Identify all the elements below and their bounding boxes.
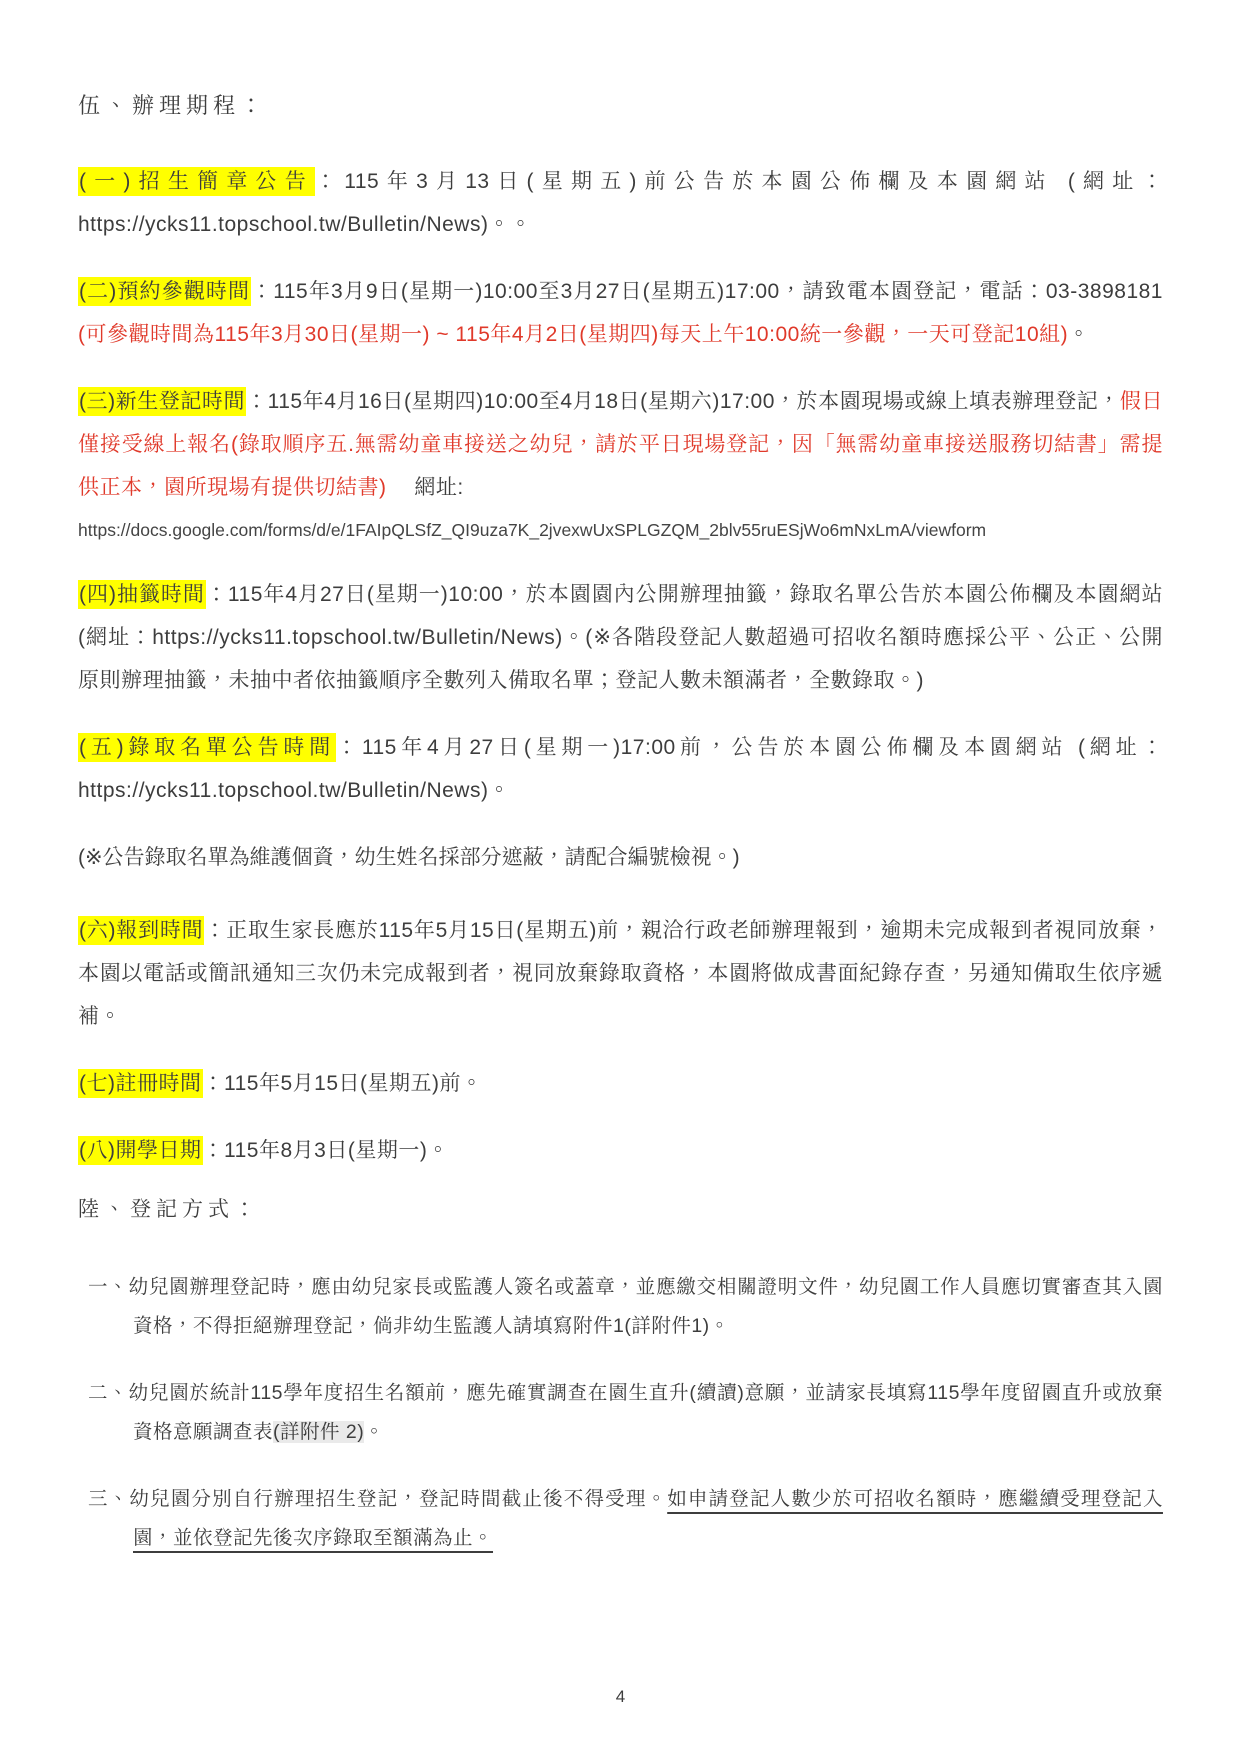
para-school-start-date: (八)開學日期：115年8月3日(星期一)。 <box>78 1129 1163 1172</box>
para-enrollment-time: (七)註冊時間：115年5月15日(星期五)前。 <box>78 1062 1163 1105</box>
google-form-url: https://docs.google.com/forms/d/e/1FAIpQ… <box>78 513 1163 547</box>
list-text: 幼兒園辦理登記時，應由幼兒家長或監護人簽名或蓋章，並應繳交相關證明文件，幼兒園工… <box>129 1276 1163 1337</box>
list-number: 二、 <box>88 1382 129 1404</box>
heading-registration-method: 陸、登記方式： <box>78 1196 1163 1224</box>
list-number: 三、 <box>88 1488 129 1510</box>
para-lottery-time: (四)抽籤時間：115年4月27日(星期一)10:00，於本園園內公開辦理抽籤，… <box>78 573 1163 702</box>
highlight-label-check-in: (六)報到時間 <box>78 916 204 945</box>
attachment-2-reference: (詳附件 2) <box>273 1421 364 1443</box>
para-text-red: (可參觀時間為115年3月30日(星期一) ~ 115年4月2日(星期四)每天上… <box>78 323 1068 346</box>
list-text: 幼兒園分別自行辦理招生登記，登記時間截止後不得受理。 <box>129 1488 667 1510</box>
para-text: ：115年3月9日(星期一)10:00至3月27日(星期五)17:00，請致電本… <box>251 280 1163 303</box>
list-item-3: 三、幼兒園分別自行辦理招生登記，登記時間截止後不得受理。如申請登記人數少於可招收… <box>88 1480 1163 1558</box>
para-text: ：115年5月15日(星期五)前。 <box>203 1072 483 1095</box>
highlight-label-school-start: (八)開學日期 <box>78 1136 203 1165</box>
highlight-label-registration: (三)新生登記時間 <box>78 387 246 416</box>
para-text: ：115年8月3日(星期一)。 <box>203 1139 449 1162</box>
list-item-1: 一、幼兒園辦理登記時，應由幼兒家長或監護人簽名或蓋章，並應繳交相關證明文件，幼兒… <box>88 1268 1163 1346</box>
highlight-label-enrollment: (七)註冊時間 <box>78 1069 203 1098</box>
page-number: 4 <box>0 1687 1241 1707</box>
para-check-in-time: (六)報到時間：正取生家長應於115年5月15日(星期五)前，親洽行政老師辦理報… <box>78 909 1163 1038</box>
para-registration-time: (三)新生登記時間：115年4月16日(星期四)10:00至4月18日(星期六)… <box>78 380 1163 509</box>
list-number: 一、 <box>88 1276 129 1298</box>
highlight-label-lottery: (四)抽籤時間 <box>78 580 206 609</box>
para-visit-reservation: (二)預約參觀時間：115年3月9日(星期一)10:00至3月27日(星期五)1… <box>78 270 1163 356</box>
para-text: 網址: <box>387 476 464 499</box>
para-admission-brochure: (一)招生簡章公告：115年3月13日(星期五)前公告於本園公佈欄及本園網站 (… <box>78 160 1163 246</box>
highlight-label-visit: (二)預約參觀時間 <box>78 277 251 306</box>
heading-processing-schedule: 伍、辦理期程： <box>78 92 1163 120</box>
highlight-label-brochure: (一)招生簡章公告 <box>78 167 315 196</box>
para-text: ：正取生家長應於115年5月15日(星期五)前，親洽行政老師辦理報到，逾期未完成… <box>78 919 1163 1028</box>
privacy-note: (※公告錄取名單為維護個資，幼生姓名採部分遮蔽，請配合編號檢視。) <box>78 836 1163 879</box>
para-admission-list: (五)錄取名單公告時間：115年4月27日(星期一)17:00前，公告於本園公佈… <box>78 726 1163 812</box>
document-page: 伍、辦理期程： (一)招生簡章公告：115年3月13日(星期五)前公告於本園公佈… <box>0 0 1241 1755</box>
list-item-2: 二、幼兒園於統計115學年度招生名額前，應先確實調查在園生直升(續讀)意願，並請… <box>88 1374 1163 1452</box>
list-text: 。 <box>364 1421 384 1443</box>
highlight-label-admission-list: (五)錄取名單公告時間 <box>78 733 336 762</box>
para-text: ：115年4月27日(星期一)10:00，於本園園內公開辦理抽籤，錄取名單公告於… <box>78 583 1163 692</box>
para-text: 。 <box>1068 323 1090 346</box>
para-text: ：115年4月16日(星期四)10:00至4月18日(星期六)17:00，於本園… <box>246 390 1120 413</box>
